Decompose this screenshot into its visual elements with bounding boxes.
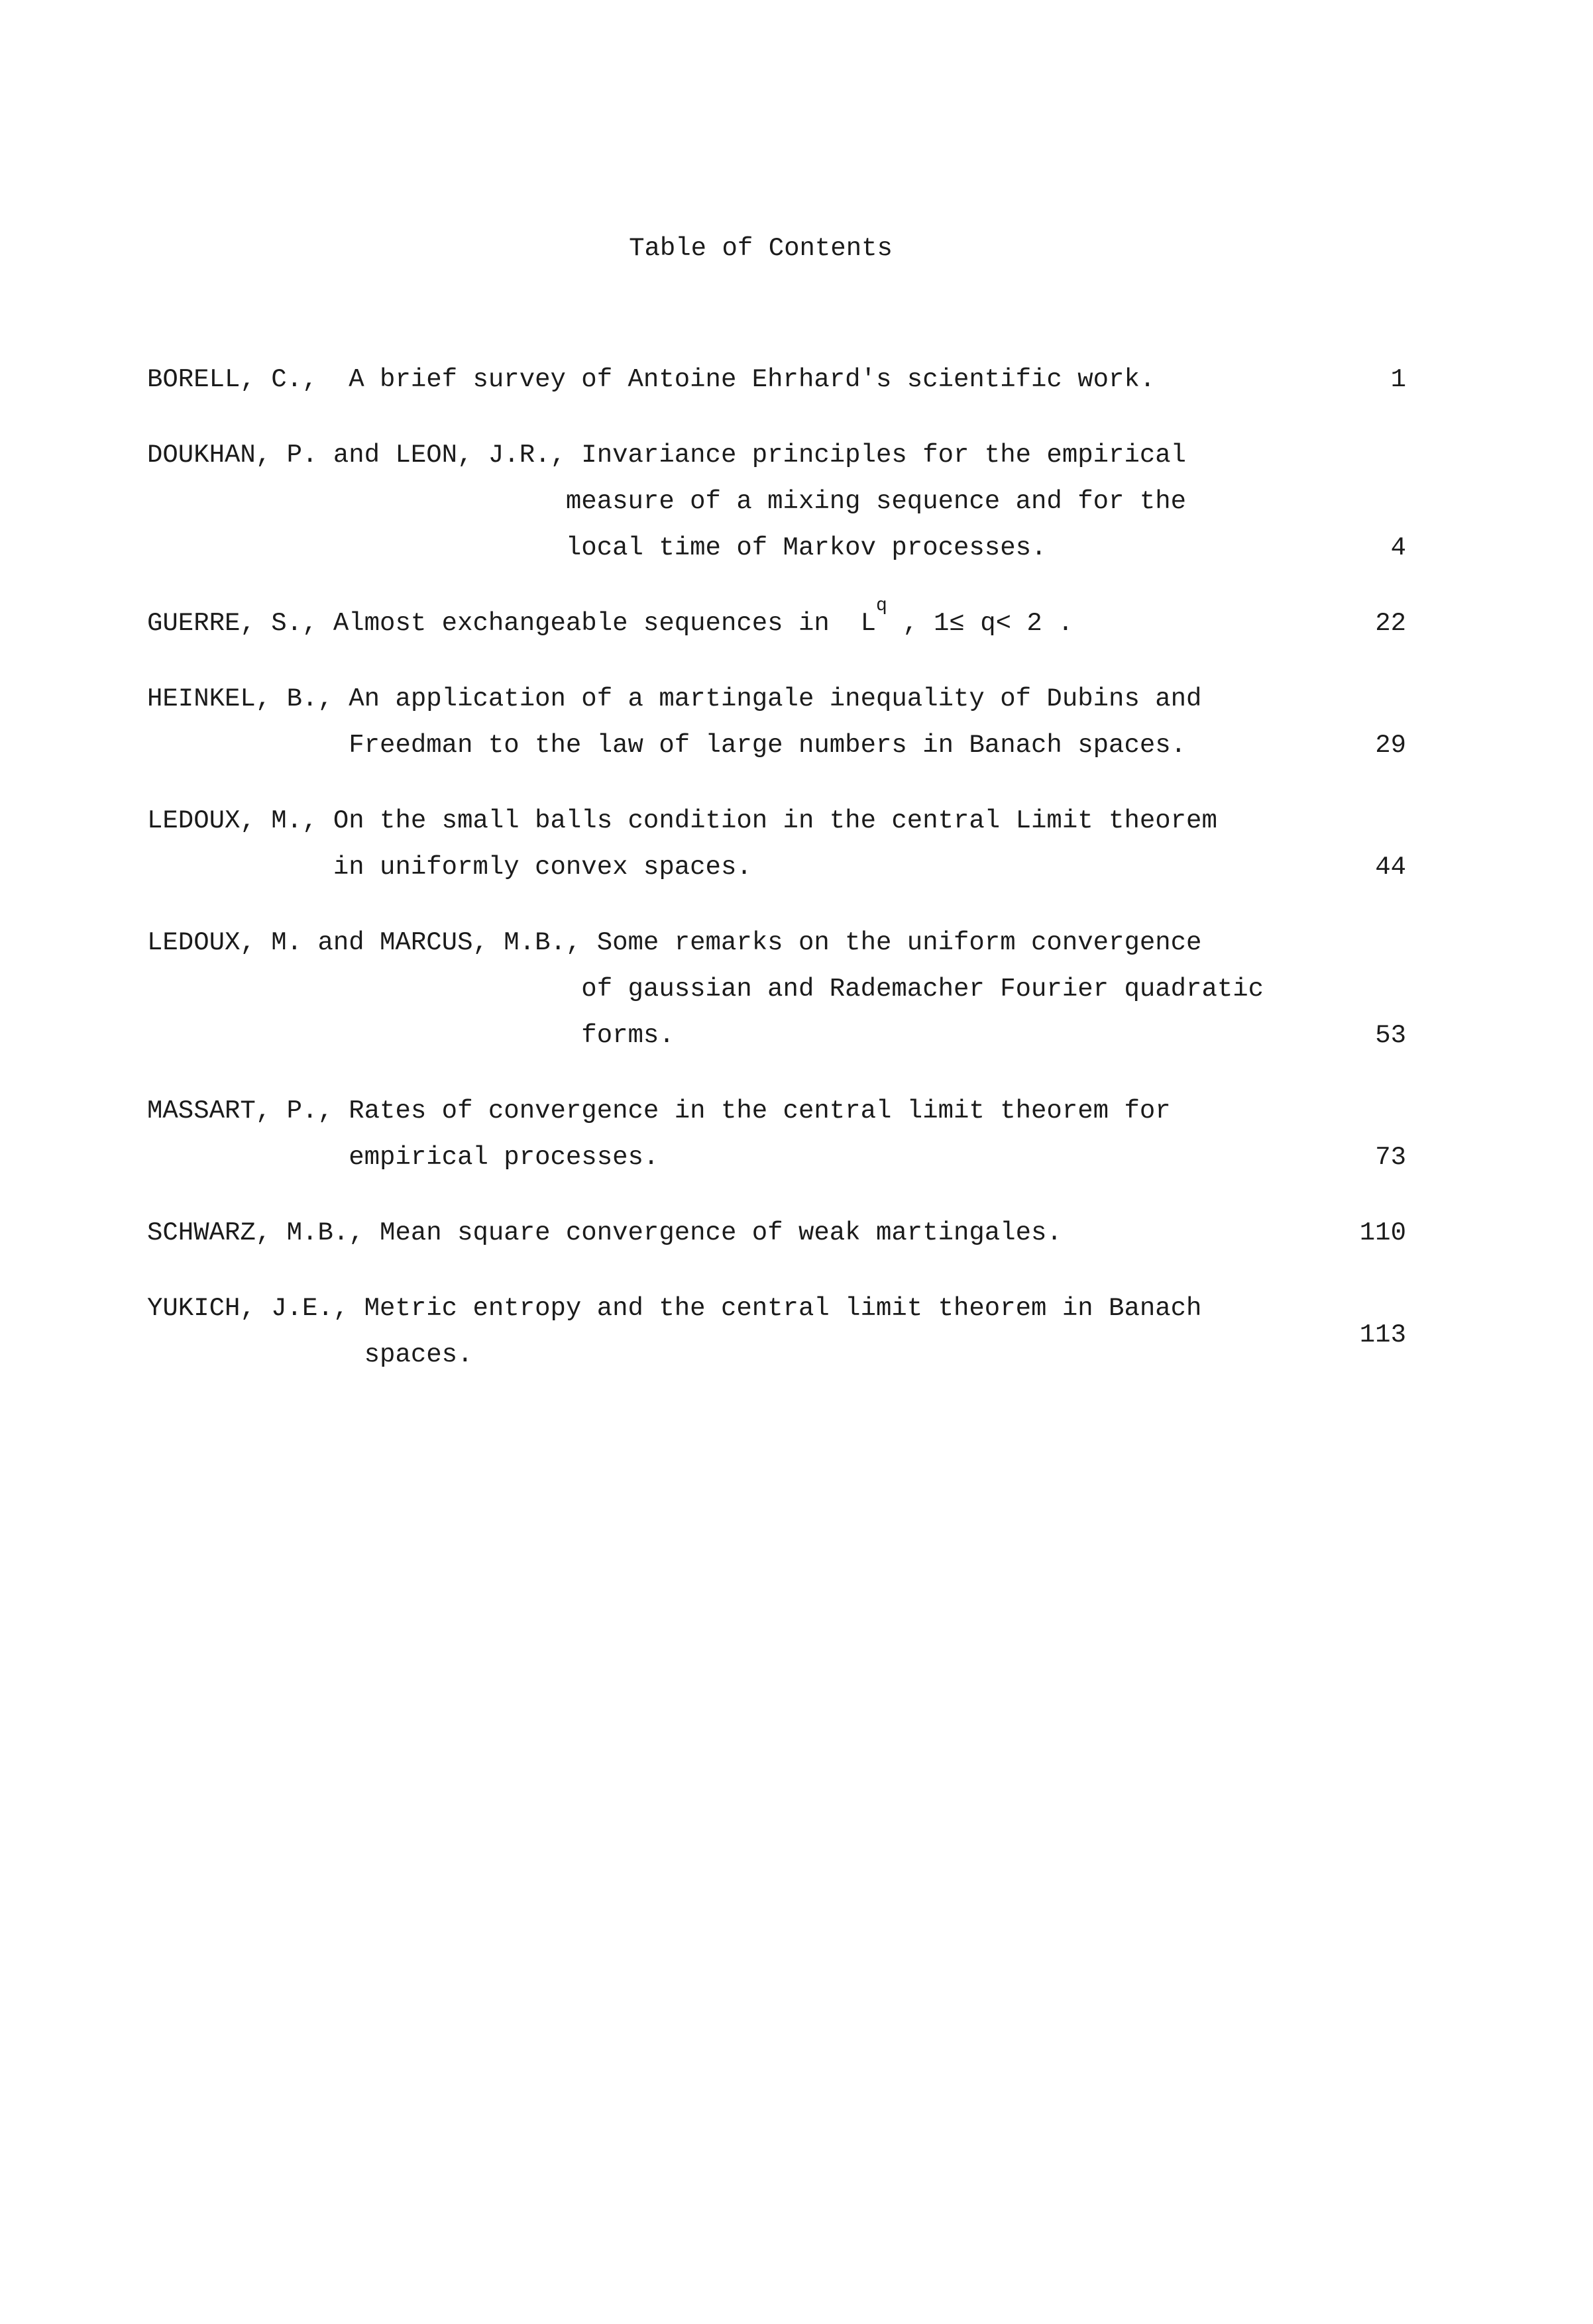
page-number: 73 — [1375, 1134, 1406, 1181]
entry-text: GUERRE, S., Almost exchangeable sequence… — [147, 600, 1073, 647]
page-number: 4 — [1391, 525, 1406, 571]
superscript-exponent: q — [876, 596, 887, 616]
entry-text: LEDOUX, M. and MARCUS, M.B., Some remark… — [147, 920, 1201, 966]
page-title: Table of Contents — [131, 225, 1390, 272]
entry-text: Freedman to the law of large numbers in … — [147, 722, 1186, 768]
toc-entry-line: HEINKEL, B., An application of a marting… — [147, 676, 1406, 722]
page-number: 1 — [1391, 356, 1406, 403]
toc-entry-schwarz: SCHWARZ, M.B., Mean square convergence o… — [147, 1210, 1406, 1256]
toc-entry-line: local time of Markov processes.4 — [147, 525, 1406, 571]
page-number: 53 — [1375, 1012, 1406, 1059]
entry-text: BORELL, C., A brief survey of Antoine Eh… — [147, 356, 1155, 403]
entry-text: DOUKHAN, P. and LEON, J.R., Invariance p… — [147, 432, 1186, 478]
toc-entry-line: of gaussian and Rademacher Fourier quadr… — [147, 966, 1406, 1012]
toc-entries: BORELL, C., A brief survey of Antoine Eh… — [147, 356, 1406, 1378]
entry-text: YUKICH, J.E., Metric entropy and the cen… — [147, 1285, 1201, 1332]
toc-entry-line: GUERRE, S., Almost exchangeable sequence… — [147, 600, 1406, 647]
page-number: 113 — [1360, 1312, 1406, 1358]
entry-text: SCHWARZ, M.B., Mean square convergence o… — [147, 1210, 1062, 1256]
entry-text: in uniformly convex spaces. — [147, 844, 752, 890]
toc-entry-line: empirical processes.73 — [147, 1134, 1406, 1181]
document-page: Table of Contents BORELL, C., A brief su… — [0, 0, 1593, 2324]
page-number: 44 — [1375, 844, 1406, 890]
entry-text: measure of a mixing sequence and for the — [147, 478, 1186, 525]
entry-text: MASSART, P., Rates of convergence in the… — [147, 1088, 1171, 1134]
entry-text: of gaussian and Rademacher Fourier quadr… — [147, 966, 1264, 1012]
content-column: Table of Contents BORELL, C., A brief su… — [147, 0, 1406, 1378]
toc-entry-doukhan-leon: DOUKHAN, P. and LEON, J.R., Invariance p… — [147, 432, 1406, 571]
toc-entry-line: YUKICH, J.E., Metric entropy and the cen… — [147, 1285, 1406, 1332]
toc-entry-line: spaces. — [147, 1332, 1406, 1378]
toc-entry-line: Freedman to the law of large numbers in … — [147, 722, 1406, 768]
entry-text: LEDOUX, M., On the small balls condition… — [147, 798, 1217, 844]
toc-entry-line: MASSART, P., Rates of convergence in the… — [147, 1088, 1406, 1134]
toc-entry-line: in uniformly convex spaces.44 — [147, 844, 1406, 890]
page-number: 110 — [1360, 1210, 1406, 1256]
toc-entry-ledoux: LEDOUX, M., On the small balls condition… — [147, 798, 1406, 890]
toc-entry-line: DOUKHAN, P. and LEON, J.R., Invariance p… — [147, 432, 1406, 478]
toc-entry-yukich: YUKICH, J.E., Metric entropy and the cen… — [147, 1285, 1406, 1378]
toc-entry-line: LEDOUX, M., On the small balls condition… — [147, 798, 1406, 844]
entry-text: forms. — [147, 1012, 675, 1059]
entry-text: empirical processes. — [147, 1134, 659, 1181]
toc-entry-line: BORELL, C., A brief survey of Antoine Eh… — [147, 356, 1406, 403]
toc-entry-massart: MASSART, P., Rates of convergence in the… — [147, 1088, 1406, 1181]
entry-text: HEINKEL, B., An application of a marting… — [147, 676, 1201, 722]
page-number: 22 — [1375, 600, 1406, 647]
toc-entry-line: LEDOUX, M. and MARCUS, M.B., Some remark… — [147, 920, 1406, 966]
toc-entry-line: SCHWARZ, M.B., Mean square convergence o… — [147, 1210, 1406, 1256]
toc-entry-heinkel: HEINKEL, B., An application of a marting… — [147, 676, 1406, 768]
toc-entry-line: forms.53 — [147, 1012, 1406, 1059]
toc-entry-borell: BORELL, C., A brief survey of Antoine Eh… — [147, 356, 1406, 403]
toc-entry-ledoux-marcus: LEDOUX, M. and MARCUS, M.B., Some remark… — [147, 920, 1406, 1059]
page-number: 29 — [1375, 722, 1406, 768]
entry-text: local time of Markov processes. — [147, 525, 1046, 571]
toc-entry-line: measure of a mixing sequence and for the — [147, 478, 1406, 525]
toc-entry-guerre: GUERRE, S., Almost exchangeable sequence… — [147, 600, 1406, 647]
entry-text: spaces. — [147, 1332, 472, 1378]
